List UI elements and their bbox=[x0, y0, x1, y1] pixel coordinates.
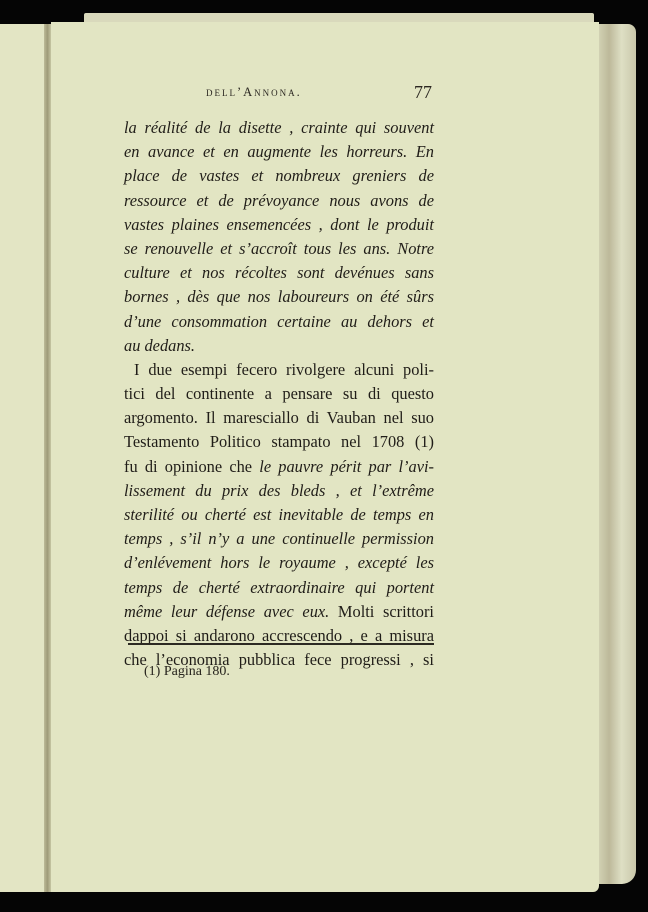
text-line: même leur défense avec eux. Molti scritt… bbox=[124, 600, 434, 624]
text-line: la réalité de la disette , crainte qui s… bbox=[124, 116, 434, 140]
text-line: argomento. Il maresciallo di Vauban nel … bbox=[124, 406, 434, 430]
body-text: la réalité de la disette , crainte qui s… bbox=[124, 116, 434, 672]
italic-text: sterilité ou cherté est inevitable de te… bbox=[124, 505, 434, 524]
text-line: d’une consommation certaine au dehors et bbox=[124, 310, 434, 334]
book-gutter bbox=[44, 24, 51, 892]
roman-text: fu di opinione che bbox=[124, 457, 259, 476]
text-line: fu di opinione che le pauvre périt par l… bbox=[124, 455, 434, 479]
text-line: temps , s’il n’y a une continuelle permi… bbox=[124, 527, 434, 551]
italic-text: le pauvre périt par l’avi- bbox=[259, 457, 434, 476]
text-line: temps de cherté extraordinaire qui porte… bbox=[124, 576, 434, 600]
text-line: culture et nos récoltes sont devénues sa… bbox=[124, 261, 434, 285]
italic-text: temps de cherté extraordinaire qui porte… bbox=[124, 578, 434, 597]
italic-text: place de vastes et nombreux greniers de bbox=[124, 166, 434, 185]
footnote-rule bbox=[128, 643, 434, 645]
text-line: d’enlévement hors le royaume , excepté l… bbox=[124, 551, 434, 575]
italic-text: se renouvelle et s’accroît tous les ans.… bbox=[124, 239, 434, 258]
text-line: se renouvelle et s’accroît tous les ans.… bbox=[124, 237, 434, 261]
roman-text: argomento. Il maresciallo di Vauban nel … bbox=[124, 408, 434, 427]
italic-text: ressource et de prévoyance nous avons de bbox=[124, 191, 434, 210]
text-line: sterilité ou cherté est inevitable de te… bbox=[124, 503, 434, 527]
text-line: I due esempi fecero rivolgere alcuni pol… bbox=[124, 358, 434, 382]
roman-text: Testamento Politico stampato nel 1708 (1… bbox=[124, 432, 434, 451]
italic-text: lissement du prix des bleds , et l’extrê… bbox=[124, 481, 434, 500]
roman-text: I due esempi fecero rivolgere alcuni pol… bbox=[134, 360, 434, 379]
roman-text: Molti scrittori bbox=[338, 602, 434, 621]
text-line: bornes , dès que nos laboureurs on été s… bbox=[124, 285, 434, 309]
italic-text: la réalité de la disette , crainte qui s… bbox=[124, 118, 434, 137]
italic-text: même leur défense avec eux. bbox=[124, 602, 338, 621]
italic-text: temps , s’il n’y a une continuelle permi… bbox=[124, 529, 434, 548]
text-line: place de vastes et nombreux greniers de bbox=[124, 164, 434, 188]
text-line: ressource et de prévoyance nous avons de bbox=[124, 189, 434, 213]
roman-text: tici del continente a pensare su di ques… bbox=[124, 384, 434, 403]
text-line: lissement du prix des bleds , et l’extrê… bbox=[124, 479, 434, 503]
page-header: dell’Annona. 77 bbox=[170, 83, 432, 105]
left-page bbox=[0, 24, 48, 892]
italic-text: d’une consommation certaine au dehors et bbox=[124, 312, 434, 331]
page-number: 77 bbox=[414, 82, 432, 103]
text-line: au dedans. bbox=[124, 334, 434, 358]
italic-text: culture et nos récoltes sont devénues sa… bbox=[124, 263, 434, 282]
text-line: tici del continente a pensare su di ques… bbox=[124, 382, 434, 406]
text-line: en avance et en augmente les horreurs. E… bbox=[124, 140, 434, 164]
italic-text: d’enlévement hors le royaume , excepté l… bbox=[124, 553, 434, 572]
text-line: Testamento Politico stampato nel 1708 (1… bbox=[124, 430, 434, 454]
italic-text: bornes , dès que nos laboureurs on été s… bbox=[124, 287, 434, 306]
footnote: (1) Pagina 180. bbox=[144, 664, 230, 680]
italic-text: vastes plaines ensemencées , dont le pro… bbox=[124, 215, 434, 234]
italic-text: au dedans. bbox=[124, 336, 195, 355]
italic-text: en avance et en augmente les horreurs. E… bbox=[124, 142, 434, 161]
text-line: vastes plaines ensemencées , dont le pro… bbox=[124, 213, 434, 237]
running-head: dell’Annona. bbox=[206, 85, 302, 100]
